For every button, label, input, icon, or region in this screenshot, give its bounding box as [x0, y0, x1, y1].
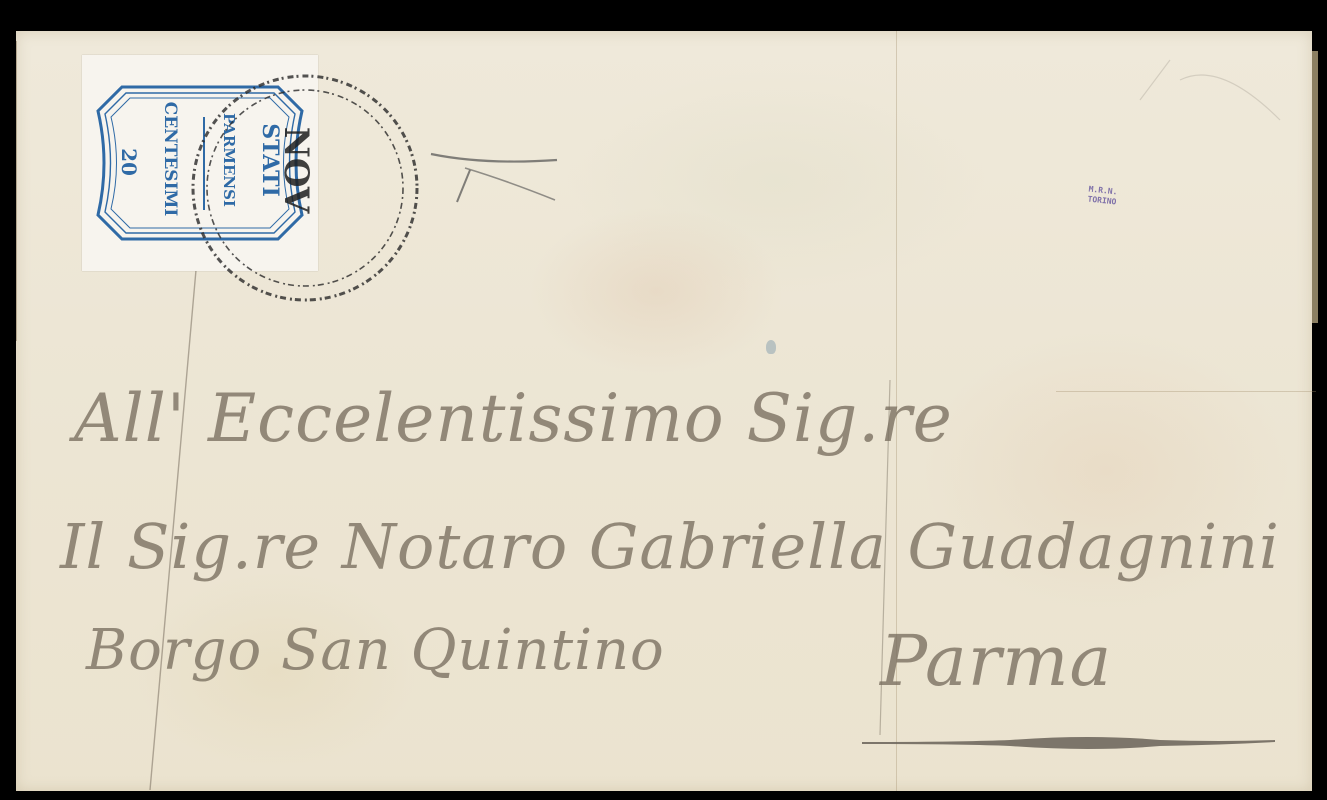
left-fold-edge: [16, 41, 21, 341]
fold-crease: [1056, 391, 1316, 392]
address-line-3: Borgo San Quintino: [86, 618, 665, 683]
stamp-line1: STATI: [257, 110, 283, 210]
stamp-line2: PARMENSI: [220, 105, 238, 215]
stamp-value: 20: [117, 142, 141, 182]
address-line-1: All' Eccelentissimo Sig.re: [74, 380, 953, 457]
postage-stamp: STATI PARMENSI CENTESIMI 20: [82, 55, 318, 271]
address-line-2: Il Sig.re Notaro Gabriella Guadagnini: [60, 510, 1280, 583]
receiving-handstamp: M.R.N. TORINO: [1087, 185, 1118, 208]
stamp-line3: CENTESIMI: [160, 99, 180, 219]
city-underline: [860, 730, 1280, 760]
right-flap-edge: [1312, 51, 1318, 323]
pencil-cross-icon: [425, 140, 565, 210]
address-city: Parma: [880, 620, 1112, 702]
ink-spot: [766, 340, 776, 354]
